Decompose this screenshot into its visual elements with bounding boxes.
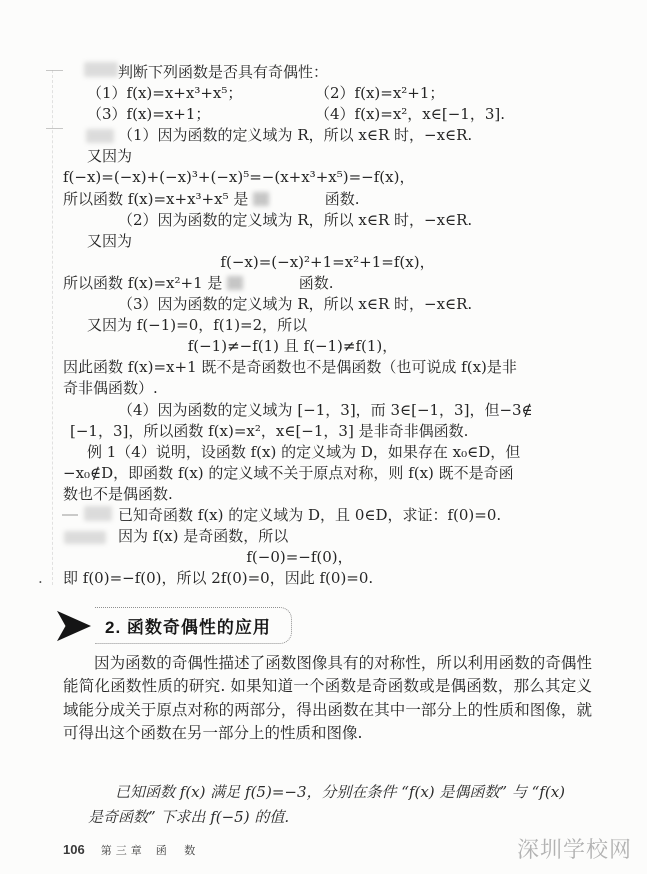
remark-line: −x₀∉D，即函数 f(x) 的定义域不关于原点对称，则 f(x) 既不是奇函 [63, 463, 592, 484]
section-arrow-icon [57, 608, 91, 644]
practice-line: 是奇函数” 下求出 f(−5) 的值. [63, 805, 592, 830]
solution3-line: 又因为 f(−1)=0，f(1)=2，所以 [63, 315, 592, 336]
problem-items-row: （1）f(x)=x+x³+x⁵； （2）f(x)=x²+1； [63, 83, 592, 104]
conclusion-text: 所以函数 f(x)=x²+1 是 [63, 274, 222, 292]
solution2-line: 又因为 [63, 231, 592, 252]
redacted-answer-box [253, 192, 269, 206]
problem-item-1: （1）f(x)=x+x³+x⁵； [87, 83, 315, 104]
page-number: 106 [63, 842, 85, 857]
practice-line: 已知函数 f(x) 满足 f(5)=−3，分别在条件 “f(x) 是偶函数” 与… [63, 780, 592, 805]
problem-item-2: （2）f(x)=x²+1； [315, 83, 444, 104]
proof-text: 即 f(0)=−f(0)，所以 2f(0)=0，因此 f(0)=0. [63, 569, 373, 587]
solution1-conclusion: 所以函数 f(x)=x+x³+x⁵ 是 函数. [63, 189, 592, 210]
solution2-conclusion: 所以函数 f(x)=x²+1 是 函数. [63, 273, 592, 294]
solution3-conclusion: 因此函数 f(x)=x+1 既不是奇函数也不是偶函数（也可说成 f(x)是非 [63, 357, 592, 378]
solution2-line: （2）因为函数的定义域为 R，所以 x∈R 时，−x∈R. [63, 210, 592, 231]
example2-proof-line: . 即 f(0)=−f(0)，所以 2f(0)=0，因此 f(0)=0. [63, 568, 592, 589]
chapter-label: 第三章 [101, 842, 146, 858]
remark-line: 例 1（4）说明，设函数 f(x) 的定义域为 D，如果存在 x₀∈D，但 [63, 442, 592, 463]
example2-statement: 已知奇函数 f(x) 的定义域为 D，且 0∈D，求证：f(0)=0. [63, 505, 592, 526]
solution3-conclusion: 奇非偶函数）. [63, 378, 592, 399]
page-footer: 106 第三章 函 数 [63, 842, 202, 858]
example2-proof-line: 因为 f(x) 是奇函数，所以 [63, 526, 592, 547]
conclusion-text: 所以函数 f(x)=x+x³+x⁵ 是 [63, 190, 248, 208]
solution1-equation: f(−x)=(−x)+(−x)³+(−x)⁵=−(x+x³+x⁵)=−f(x)， [63, 167, 592, 188]
main-text-block: 判断下列函数是否具有奇偶性： （1）f(x)=x+x³+x⁵； （2）f(x)=… [63, 62, 592, 589]
practice-exercise: 已知函数 f(x) 满足 f(5)=−3，分别在条件 “f(x) 是偶函数” 与… [63, 780, 592, 830]
solution1-line: （1）因为函数的定义域为 R，所以 x∈R 时，−x∈R. [63, 125, 592, 146]
example2-equation: f(−0)=−f(0)， [63, 547, 592, 568]
application-paragraph: 因为函数的奇偶性描述了函数图像具有的对称性，所以利用函数的奇偶性能简化函数性质的… [63, 652, 592, 745]
textbook-page: 判断下列函数是否具有奇偶性： （1）f(x)=x+x³+x⁵； （2）f(x)=… [0, 0, 647, 874]
solution3-line: （3）因为函数的定义域为 R，所以 x∈R 时，−x∈R. [63, 294, 592, 315]
redacted-answer-box [227, 276, 243, 290]
problem-item-3: （3）f(x)=x+1； [87, 104, 315, 125]
conclusion-text: 函数. [325, 190, 360, 208]
solution1-line: 又因为 [63, 146, 592, 167]
solution2-equation: f(−x)=(−x)²+1=x²+1=f(x)， [63, 252, 592, 273]
chapter-title: 函 数 [156, 842, 203, 858]
margin-tick [46, 128, 63, 129]
problem-items-row: （3）f(x)=x+1； （4）f(x)=x²，x∈[−1，3]. [63, 104, 592, 125]
section-title: 2. 函数奇偶性的应用 [95, 607, 292, 644]
remark-line: 数也不是偶函数. [63, 484, 592, 505]
problem-item-4: （4）f(x)=x²，x∈[−1，3]. [315, 104, 505, 125]
problem-intro: 判断下列函数是否具有奇偶性： [63, 62, 592, 83]
solution4-line: [−1，3]，所以函数 f(x)=x²，x∈[−1，3] 是非奇非偶函数. [63, 421, 592, 442]
solution4-line: （4）因为函数的定义域为 [−1，3]，而 3∈[−1，3]，但−3∉ [63, 400, 592, 421]
margin-dashed-line [52, 70, 53, 585]
stray-dot-artifact: . [38, 568, 43, 589]
site-watermark: 深圳学校网 [517, 833, 632, 864]
solution3-equation: f(−1)≠−f(1) 且 f(−1)≠f(1)， [63, 336, 592, 357]
section-header: 2. 函数奇偶性的应用 [57, 607, 292, 644]
margin-tick [46, 70, 63, 71]
conclusion-text: 函数. [299, 274, 334, 292]
